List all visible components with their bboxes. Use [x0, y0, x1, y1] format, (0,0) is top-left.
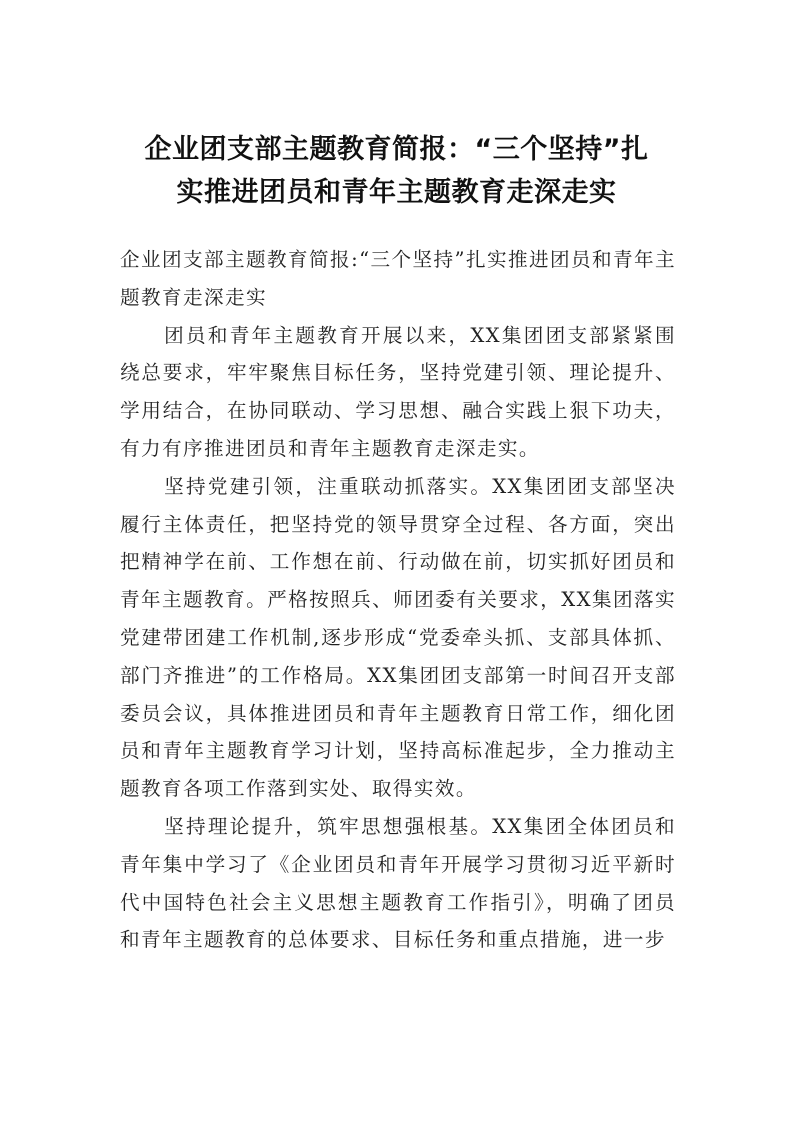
theory-paragraph: 坚持理论提升，筑牢思想强根基。XX集团全体团员和青年集中学习了《企业团员和青年开…: [120, 808, 676, 959]
document-body: 企业团支部主题教育简报:“三个坚持”扎实推进团员和青年主题教育走深走实 团员和青…: [120, 241, 676, 959]
title-line-2: 实推进团员和青年主题教育走深走实: [100, 171, 693, 214]
title-line-1: 企业团支部主题教育简报：“三个坚持”扎: [100, 128, 693, 171]
party-leadership-paragraph: 坚持党建引领，注重联动抓落实。XX集团团支部坚决履行主体责任，把坚持党的领导贯穿…: [120, 468, 676, 808]
document-title: 企业团支部主题教育简报：“三个坚持”扎 实推进团员和青年主题教育走深走实: [100, 128, 693, 214]
intro-paragraph: 团员和青年主题教育开展以来，XX集团团支部紧紧围绕总要求，牢牢聚焦目标任务，坚持…: [120, 317, 676, 468]
subtitle-paragraph: 企业团支部主题教育简报:“三个坚持”扎实推进团员和青年主题教育走深走实: [120, 241, 676, 317]
document-page: 企业团支部主题教育简报：“三个坚持”扎 实推进团员和青年主题教育走深走实 企业团…: [0, 0, 793, 1122]
